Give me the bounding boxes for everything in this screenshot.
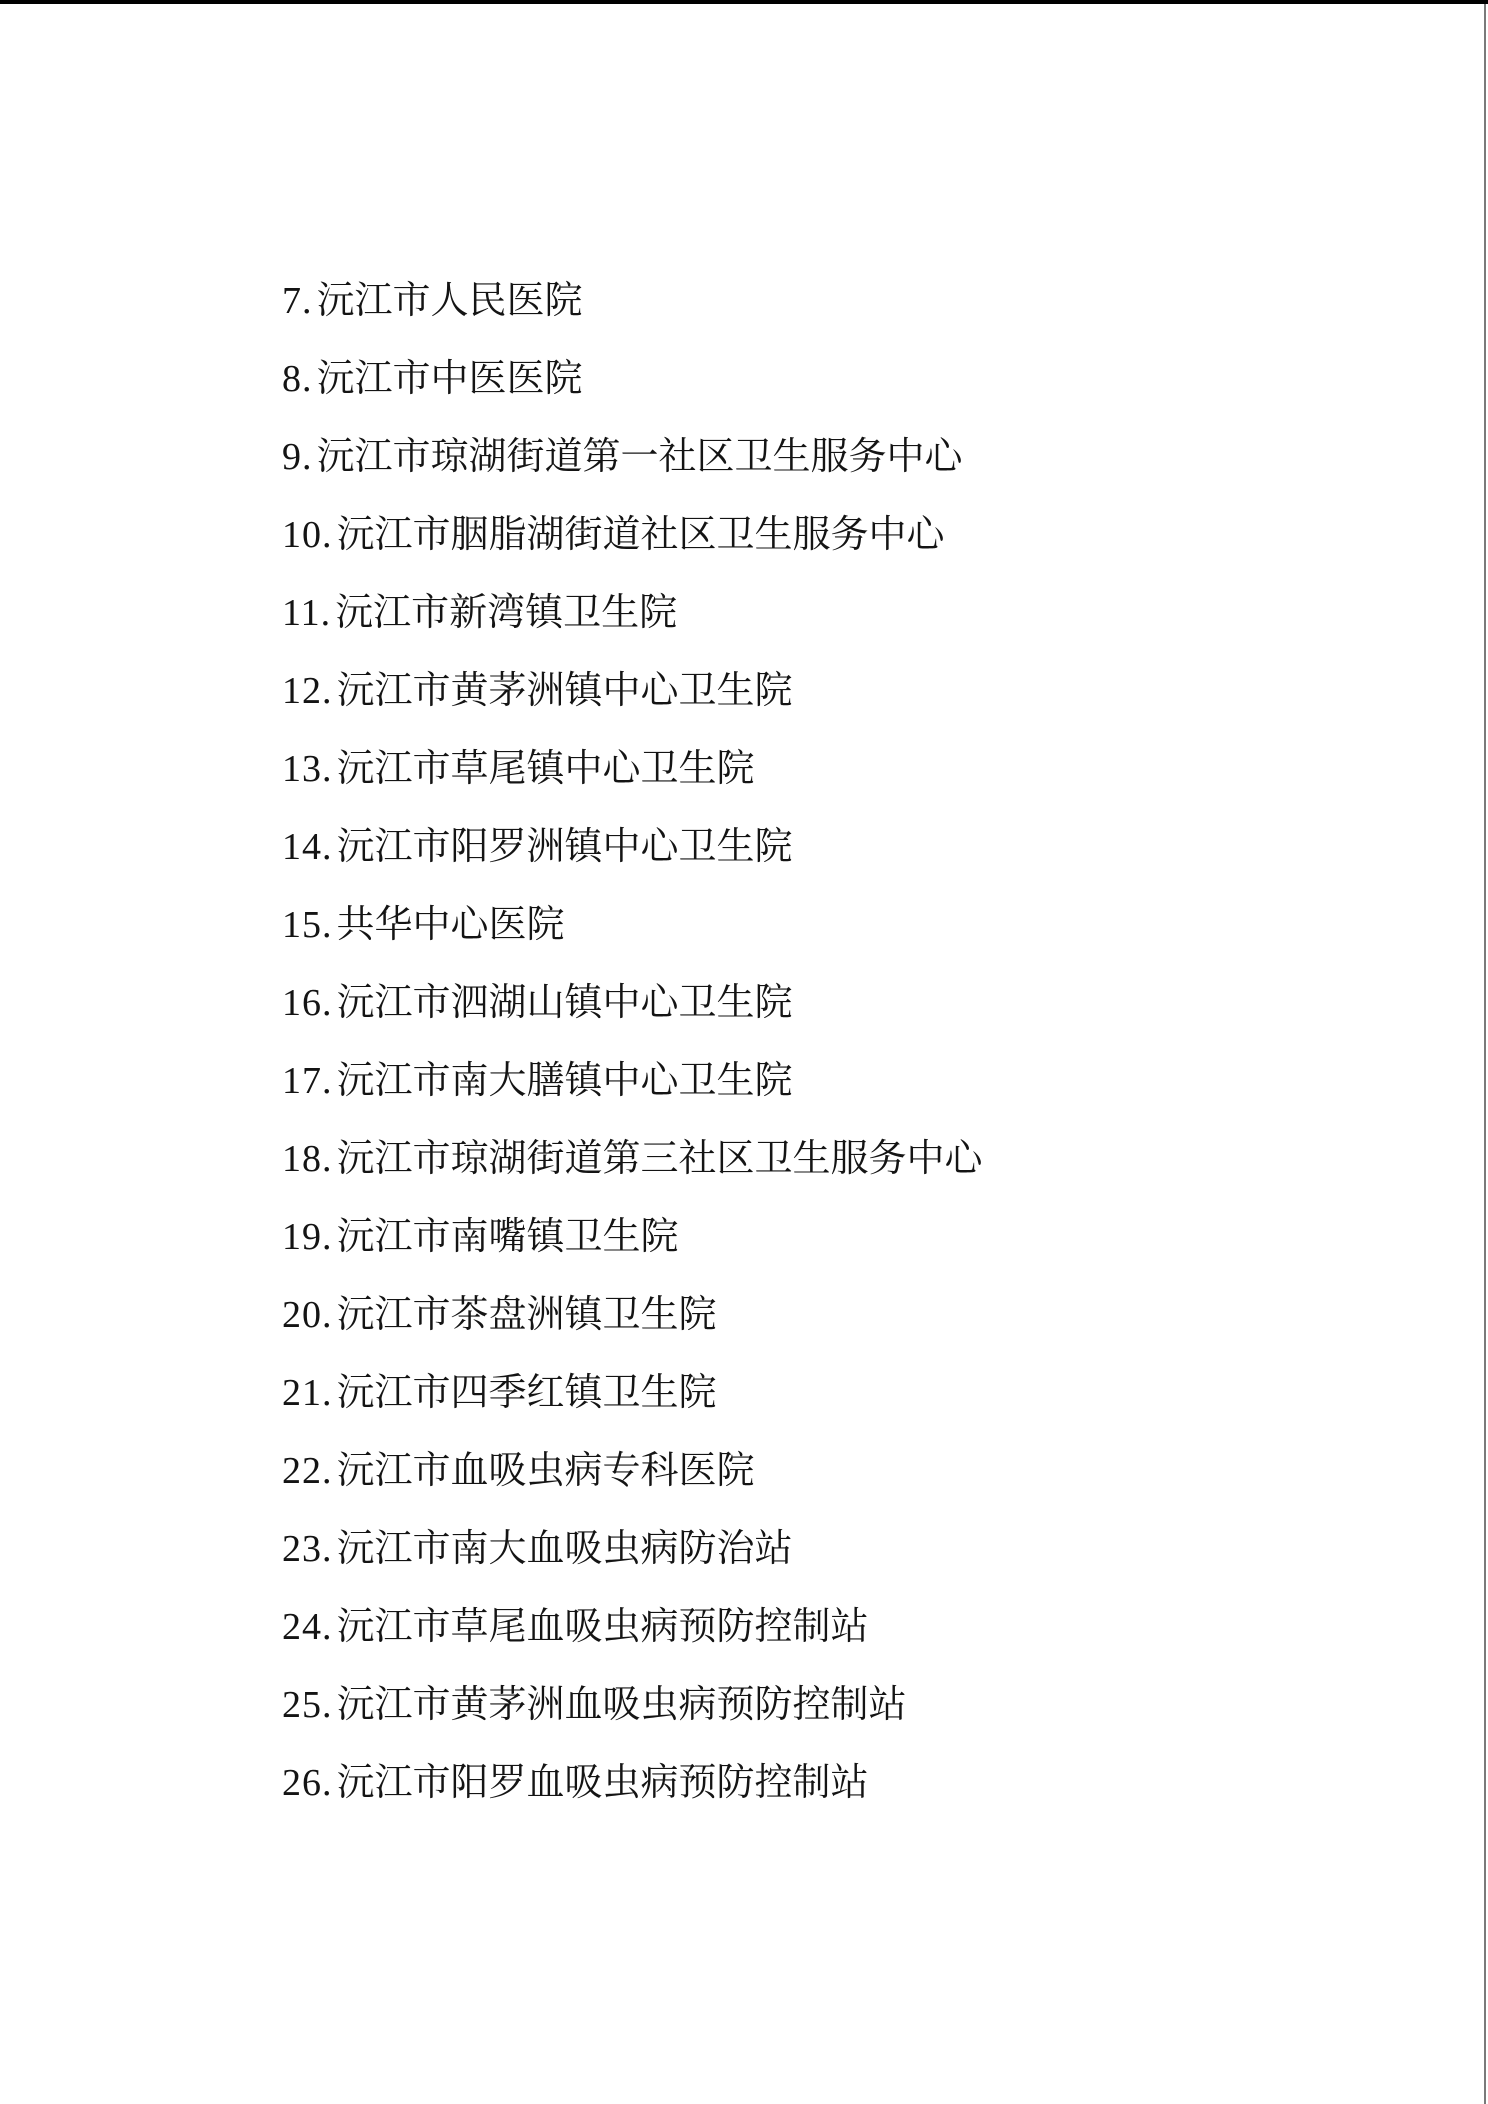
item-name: 沅江市黄茅洲镇中心卫生院 — [337, 670, 793, 712]
item-number: 16. — [282, 982, 337, 1024]
item-number: 19. — [282, 1216, 337, 1258]
list-item: 15.共华中心医院 — [282, 886, 1382, 964]
list-item: 12.沅江市黄茅洲镇中心卫生院 — [282, 652, 1382, 730]
list-item: 25.沅江市黄茅洲血吸虫病预防控制站 — [282, 1666, 1382, 1744]
item-number: 9. — [282, 436, 317, 478]
document-page: 7.沅江市人民医院8.沅江市中医医院9.沅江市琼湖街道第一社区卫生服务中心10.… — [0, 0, 1488, 2104]
list-item: 20.沅江市茶盘洲镇卫生院 — [282, 1276, 1382, 1354]
item-number: 8. — [282, 358, 317, 400]
item-number: 10. — [282, 514, 337, 556]
item-name: 共华中心医院 — [337, 904, 565, 946]
item-name: 沅江市草尾镇中心卫生院 — [337, 748, 755, 790]
item-number: 17. — [282, 1060, 337, 1102]
list-item: 24.沅江市草尾血吸虫病预防控制站 — [282, 1588, 1382, 1666]
item-name: 沅江市阳罗洲镇中心卫生院 — [337, 826, 793, 868]
list-item: 18.沅江市琼湖街道第三社区卫生服务中心 — [282, 1120, 1382, 1198]
item-name: 沅江市草尾血吸虫病预防控制站 — [337, 1606, 869, 1648]
item-name: 沅江市新湾镇卫生院 — [335, 592, 677, 634]
item-name: 沅江市血吸虫病专科医院 — [337, 1450, 755, 1492]
item-number: 13. — [282, 748, 337, 790]
list-item: 19.沅江市南嘴镇卫生院 — [282, 1198, 1382, 1276]
item-number: 21. — [282, 1372, 337, 1414]
hospital-list: 7.沅江市人民医院8.沅江市中医医院9.沅江市琼湖街道第一社区卫生服务中心10.… — [282, 262, 1382, 1822]
item-name: 沅江市四季红镇卫生院 — [337, 1372, 717, 1414]
item-number: 25. — [282, 1684, 337, 1726]
item-name: 沅江市茶盘洲镇卫生院 — [337, 1294, 717, 1336]
item-number: 14. — [282, 826, 337, 868]
item-name: 沅江市阳罗血吸虫病预防控制站 — [337, 1762, 869, 1804]
item-number: 11. — [282, 592, 335, 634]
list-item: 13.沅江市草尾镇中心卫生院 — [282, 730, 1382, 808]
item-name: 沅江市琼湖街道第一社区卫生服务中心 — [317, 436, 963, 478]
list-item: 14.沅江市阳罗洲镇中心卫生院 — [282, 808, 1382, 886]
item-name: 沅江市南嘴镇卫生院 — [337, 1216, 679, 1258]
list-item: 7.沅江市人民医院 — [282, 262, 1382, 340]
item-number: 18. — [282, 1138, 337, 1180]
list-item: 11.沅江市新湾镇卫生院 — [282, 574, 1382, 652]
list-item: 23.沅江市南大血吸虫病防治站 — [282, 1510, 1382, 1588]
list-item: 9.沅江市琼湖街道第一社区卫生服务中心 — [282, 418, 1382, 496]
item-name: 沅江市人民医院 — [317, 280, 583, 322]
item-number: 26. — [282, 1762, 337, 1804]
list-item: 10.沅江市胭脂湖街道社区卫生服务中心 — [282, 496, 1382, 574]
item-number: 15. — [282, 904, 337, 946]
scan-top-edge-artifact — [0, 0, 1488, 4]
item-name: 沅江市南大膳镇中心卫生院 — [337, 1060, 793, 1102]
item-name: 沅江市泗湖山镇中心卫生院 — [337, 982, 793, 1024]
item-name: 沅江市胭脂湖街道社区卫生服务中心 — [337, 514, 945, 556]
item-number: 7. — [282, 280, 317, 322]
list-item: 22.沅江市血吸虫病专科医院 — [282, 1432, 1382, 1510]
item-name: 沅江市南大血吸虫病防治站 — [337, 1528, 793, 1570]
list-item: 17.沅江市南大膳镇中心卫生院 — [282, 1042, 1382, 1120]
item-number: 23. — [282, 1528, 337, 1570]
list-item: 16.沅江市泗湖山镇中心卫生院 — [282, 964, 1382, 1042]
item-number: 20. — [282, 1294, 337, 1336]
list-item: 8.沅江市中医医院 — [282, 340, 1382, 418]
item-name: 沅江市琼湖街道第三社区卫生服务中心 — [337, 1138, 983, 1180]
item-number: 22. — [282, 1450, 337, 1492]
scan-right-edge-artifact — [1484, 4, 1486, 2104]
list-item: 21.沅江市四季红镇卫生院 — [282, 1354, 1382, 1432]
item-name: 沅江市黄茅洲血吸虫病预防控制站 — [337, 1684, 907, 1726]
item-number: 24. — [282, 1606, 337, 1648]
list-item: 26.沅江市阳罗血吸虫病预防控制站 — [282, 1744, 1382, 1822]
item-name: 沅江市中医医院 — [317, 358, 583, 400]
item-number: 12. — [282, 670, 337, 712]
